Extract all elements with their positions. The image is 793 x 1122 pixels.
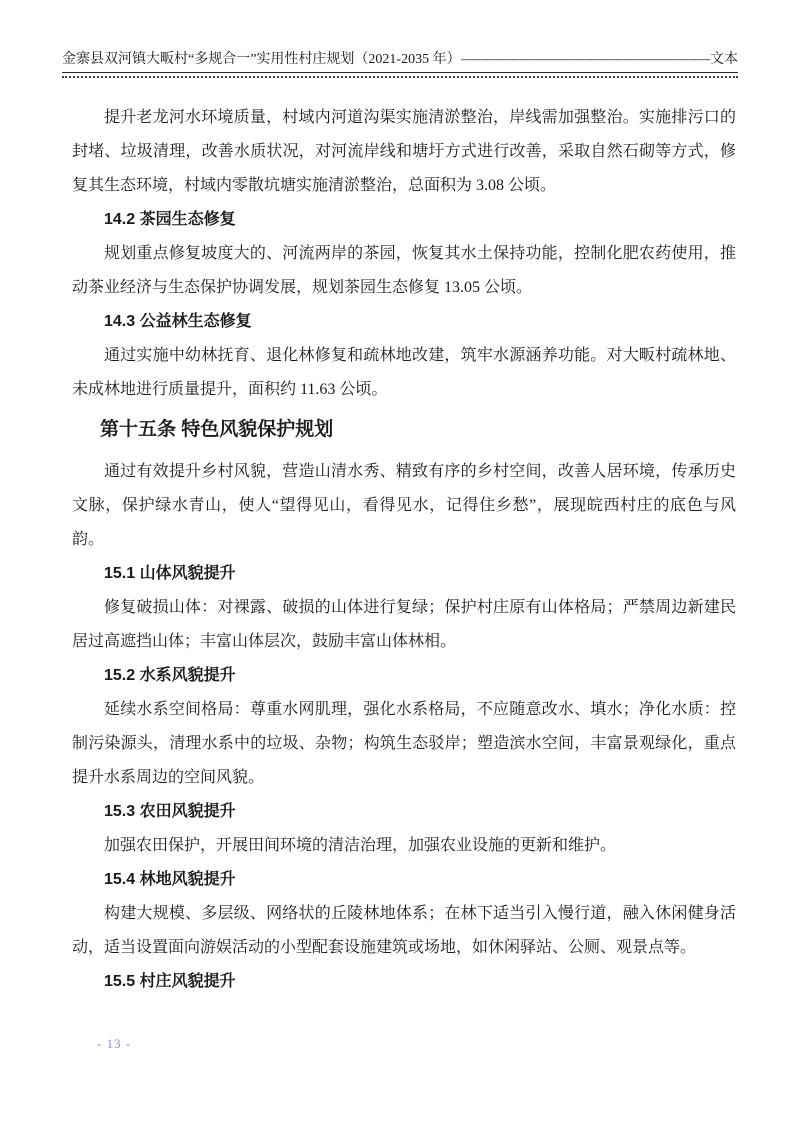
- heading-14-3-public-forest: 14.3 公益林生态修复: [72, 305, 736, 339]
- heading-15-5-village: 15.5 村庄风貌提升: [72, 965, 736, 999]
- paragraph-water-system: 延续水系空间格局：尊重水网肌理，强化水系格局，不应随意改水、填水；净化水质：控制…: [72, 693, 736, 795]
- heading-15-2-water-system: 15.2 水系风貌提升: [72, 659, 736, 693]
- heading-15-3-farmland: 15.3 农田风貌提升: [72, 795, 736, 829]
- paragraph-public-forest: 通过实施中幼林抚育、退化林修复和疏林地改建，筑牢水源涵养功能。对大畈村疏林地、未…: [72, 339, 736, 407]
- heading-15-4-forest-land: 15.4 林地风貌提升: [72, 863, 736, 897]
- paragraph-mountain: 修复破损山体：对裸露、破损的山体进行复绿；保护村庄原有山体格局；严禁周边新建民居…: [72, 591, 736, 659]
- header-rule: [62, 76, 738, 78]
- paragraph-article-15-intro: 通过有效提升乡村风貌，营造山清水秀、精致有序的乡村空间，改善人居环境，传承历史文…: [72, 455, 736, 557]
- paragraph-water-quality: 提升老龙河水环境质量，村域内河道沟渠实施清淤整治，岸线需加强整治。实施排污口的封…: [72, 101, 736, 203]
- document-page: 金寨县双河镇大畈村“多规合一”实用性村庄规划（2021-2035 年） ————…: [0, 0, 793, 1122]
- heading-14-2-tea-garden: 14.2 茶园生态修复: [72, 203, 736, 237]
- paragraph-forest-land: 构建大规模、多层级、网络状的丘陵林地体系；在林下适当引入慢行道，融入休闲健身活动…: [72, 897, 736, 965]
- paragraph-tea-garden: 规划重点修复坡度大的、河流两岸的茶园，恢复其水土保持功能，控制化肥农药使用，推动…: [72, 237, 736, 305]
- header-document-title: 金寨县双河镇大畈村“多规合一”实用性村庄规划（2021-2035 年）: [62, 50, 461, 70]
- page-number: - 13 -: [97, 1035, 131, 1053]
- document-body: 提升老龙河水环境质量，村域内河道沟渠实施清淤整治，岸线需加强整治。实施排污口的封…: [72, 101, 736, 999]
- header-dash-leader: ————————————————————————————————: [461, 50, 710, 70]
- header-suffix-label: 文本: [710, 50, 738, 70]
- chapter-heading-article-15: 第十五条 特色风貌保护规划: [72, 411, 736, 449]
- paragraph-farmland: 加强农田保护，开展田间环境的清洁治理，加强农业设施的更新和维护。: [72, 829, 736, 863]
- page-header: 金寨县双河镇大畈村“多规合一”实用性村庄规划（2021-2035 年） ————…: [62, 50, 738, 73]
- heading-15-1-mountain: 15.1 山体风貌提升: [72, 557, 736, 591]
